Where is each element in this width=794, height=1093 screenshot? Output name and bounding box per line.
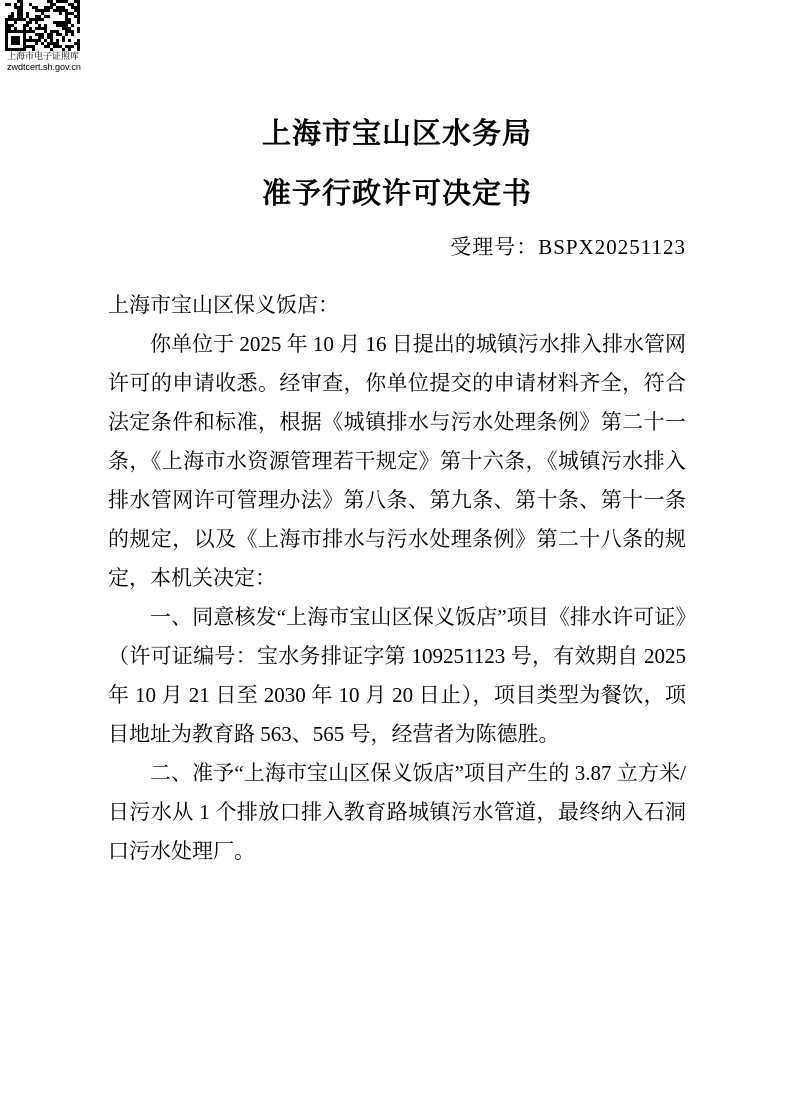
- qr-code-icon: [5, 0, 80, 51]
- document-title-type: 准予行政许可决定书: [108, 178, 686, 210]
- acceptance-number: 受理号：BSPX20251123: [108, 234, 686, 260]
- qr-block: 上海市电子证照库 zwdtcert.sh.gov.cn: [5, 0, 100, 73]
- qr-label-name: 上海市电子证照库: [7, 51, 100, 62]
- body-paragraph-decision-2: 二、准予“上海市宝山区保义饭店”项目产生的 3.87 立方米/日污水从 1 个排…: [108, 754, 686, 871]
- body-paragraph-application: 你单位于 2025 年 10 月 16 日提出的城镇污水排入排水管网许可的申请收…: [108, 325, 686, 598]
- document-page: 上海市电子证照库 zwdtcert.sh.gov.cn 上海市宝山区水务局 准予…: [0, 0, 794, 1093]
- document-title-issuer: 上海市宝山区水务局: [108, 118, 686, 150]
- recipient-salutation: 上海市宝山区保义饭店：: [108, 286, 686, 325]
- document-body: 上海市宝山区水务局 准予行政许可决定书 受理号：BSPX20251123 上海市…: [0, 0, 794, 871]
- body-paragraph-decision-1: 一、同意核发“上海市宝山区保义饭店”项目《排水许可证》（许可证编号：宝水务排证字…: [108, 598, 686, 754]
- qr-label-url: zwdtcert.sh.gov.cn: [7, 62, 100, 73]
